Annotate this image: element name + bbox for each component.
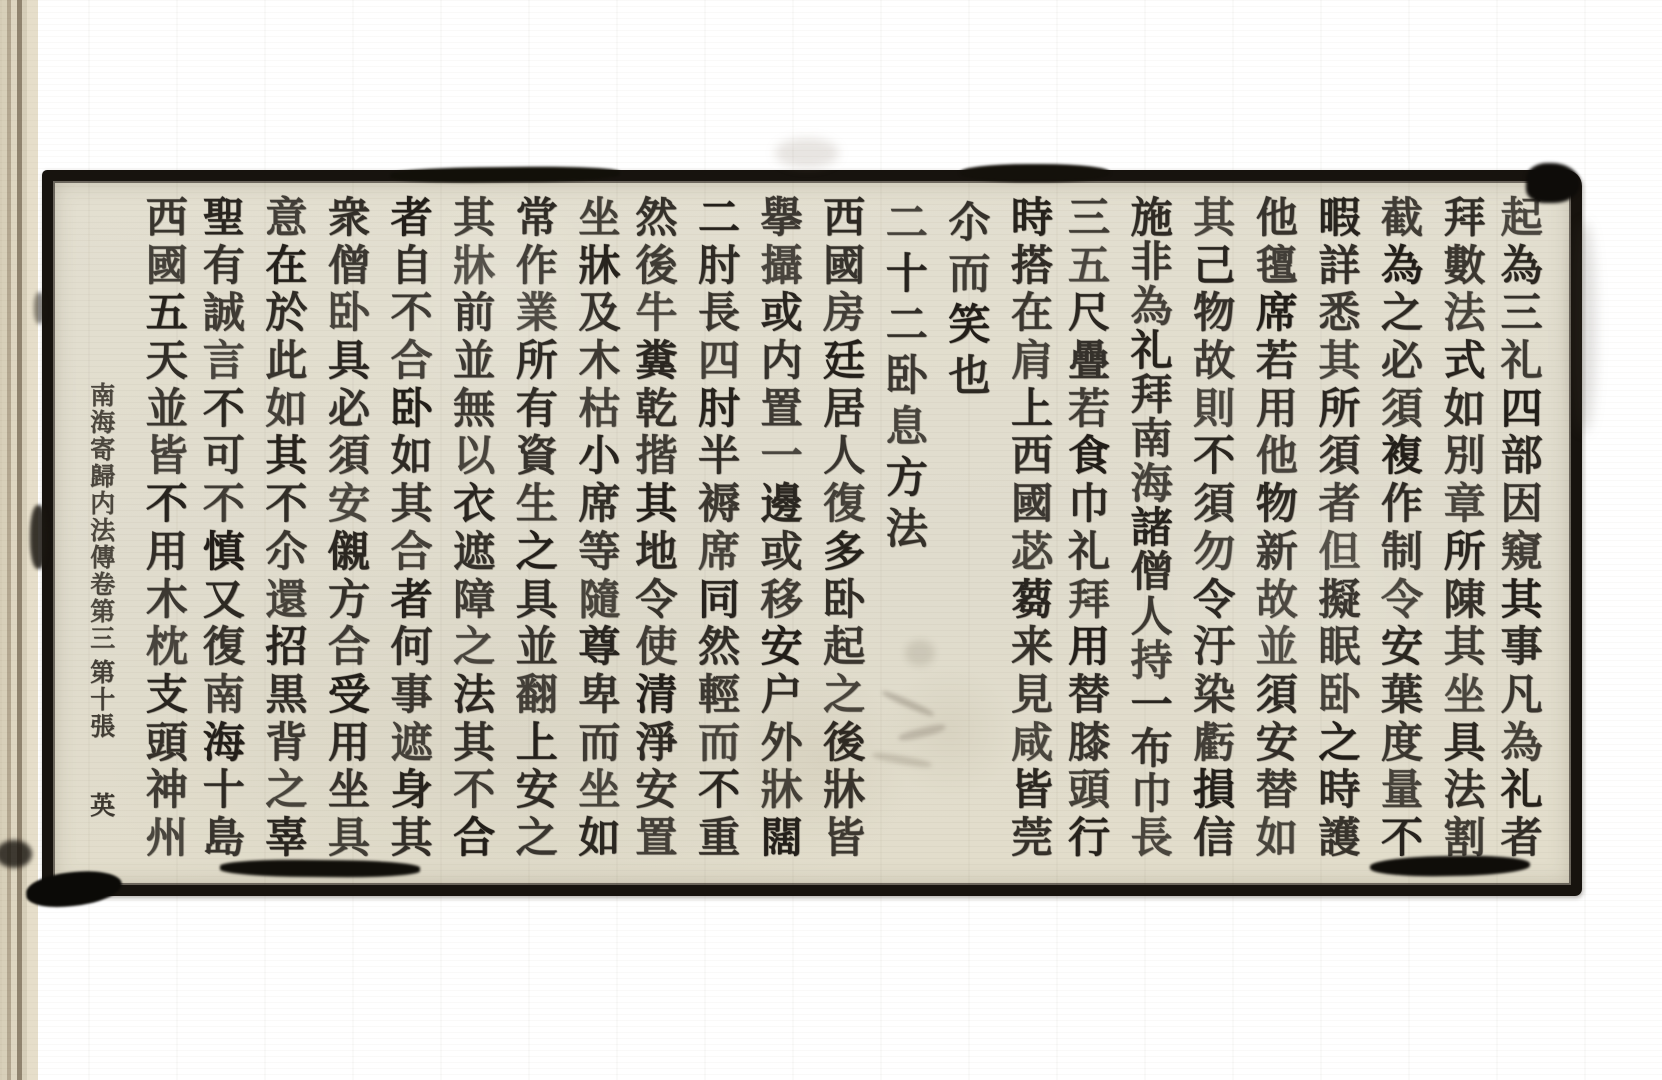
chapter-heading-column: 二十二卧息方法 [878, 197, 934, 859]
colophon-segment-3: 英 [85, 793, 121, 820]
text-column-18: 其牀前並無以衣遮障之法其不合 [445, 197, 501, 859]
text-column-5: 他氊席若用他物新故並須安替如 [1249, 197, 1305, 859]
text-column-10: 尒而笑也 [940, 197, 996, 859]
text-column-12: 西國房廷居人復多卧起之後牀皆 [816, 197, 872, 859]
colophon-column: 南海寄歸内法傳卷第三第十張英 [85, 197, 121, 859]
text-column-19: 者自不合卧如其合者何事遮身其 [384, 197, 440, 859]
text-column-17: 常作業所有資生之具並翻上安之 [507, 197, 563, 859]
text-column-21: 意在於此如其不尒還招黒背之辜 [260, 197, 316, 859]
text-column-23: 西國五天並皆不用木枕支頭神州 [136, 197, 192, 859]
colophon-segment-1: 南海寄歸内法傳卷第三 [85, 383, 121, 653]
text-column-2: 拜數法式如別章所陳其坐具法割 [1434, 197, 1490, 859]
text-column-7: 施非為礼拜南海諸僧人持一布巾長 [1125, 197, 1181, 859]
text-column-6: 其己物故則不須勿令汙染虧損信 [1187, 197, 1243, 859]
text-column-15: 然後牛糞乾揩其地令使清淨安置 [631, 197, 687, 859]
faint-stain-top-margin [775, 138, 839, 168]
colophon-segment-2: 第十張 [85, 660, 121, 741]
text-column-22: 聖有誠言不可不慎又復南海十島 [198, 197, 254, 859]
text-column-9: 時搭在肩上西國苾蒭来見咸皆莞 [1002, 197, 1058, 859]
text-column-4: 暇詳悉其所須者但擬眠卧之時護 [1311, 197, 1367, 859]
text-column-1: 起為三礼四部因窺其事凡為礼者 [1496, 197, 1552, 859]
text-column-16: 坐牀及木枯小席等隨尊卑而坐如 [569, 197, 625, 859]
page-spine-edge [0, 0, 38, 1080]
text-column-20: 衆僧卧具必須安儭方合受用坐具 [322, 197, 378, 859]
text-block: 起為三礼四部因窺其事凡為礼者拜數法式如別章所陳其坐具法割截為之必須複作制令安葉度… [42, 197, 1562, 859]
scanned-page: { "page": { "kind": "woodblock-printed b… [0, 0, 1662, 1080]
text-column-8: 三五尺疊若食巾礼拜用替膝頭行 [1063, 197, 1119, 859]
text-column-13: 擧攝或内置一邊或移安户外牀闊 [754, 197, 810, 859]
text-column-3: 截為之必須複作制令安葉度量不 [1372, 197, 1428, 859]
text-column-14: 二肘長四肘半褥席同然輕而不重 [693, 197, 749, 859]
